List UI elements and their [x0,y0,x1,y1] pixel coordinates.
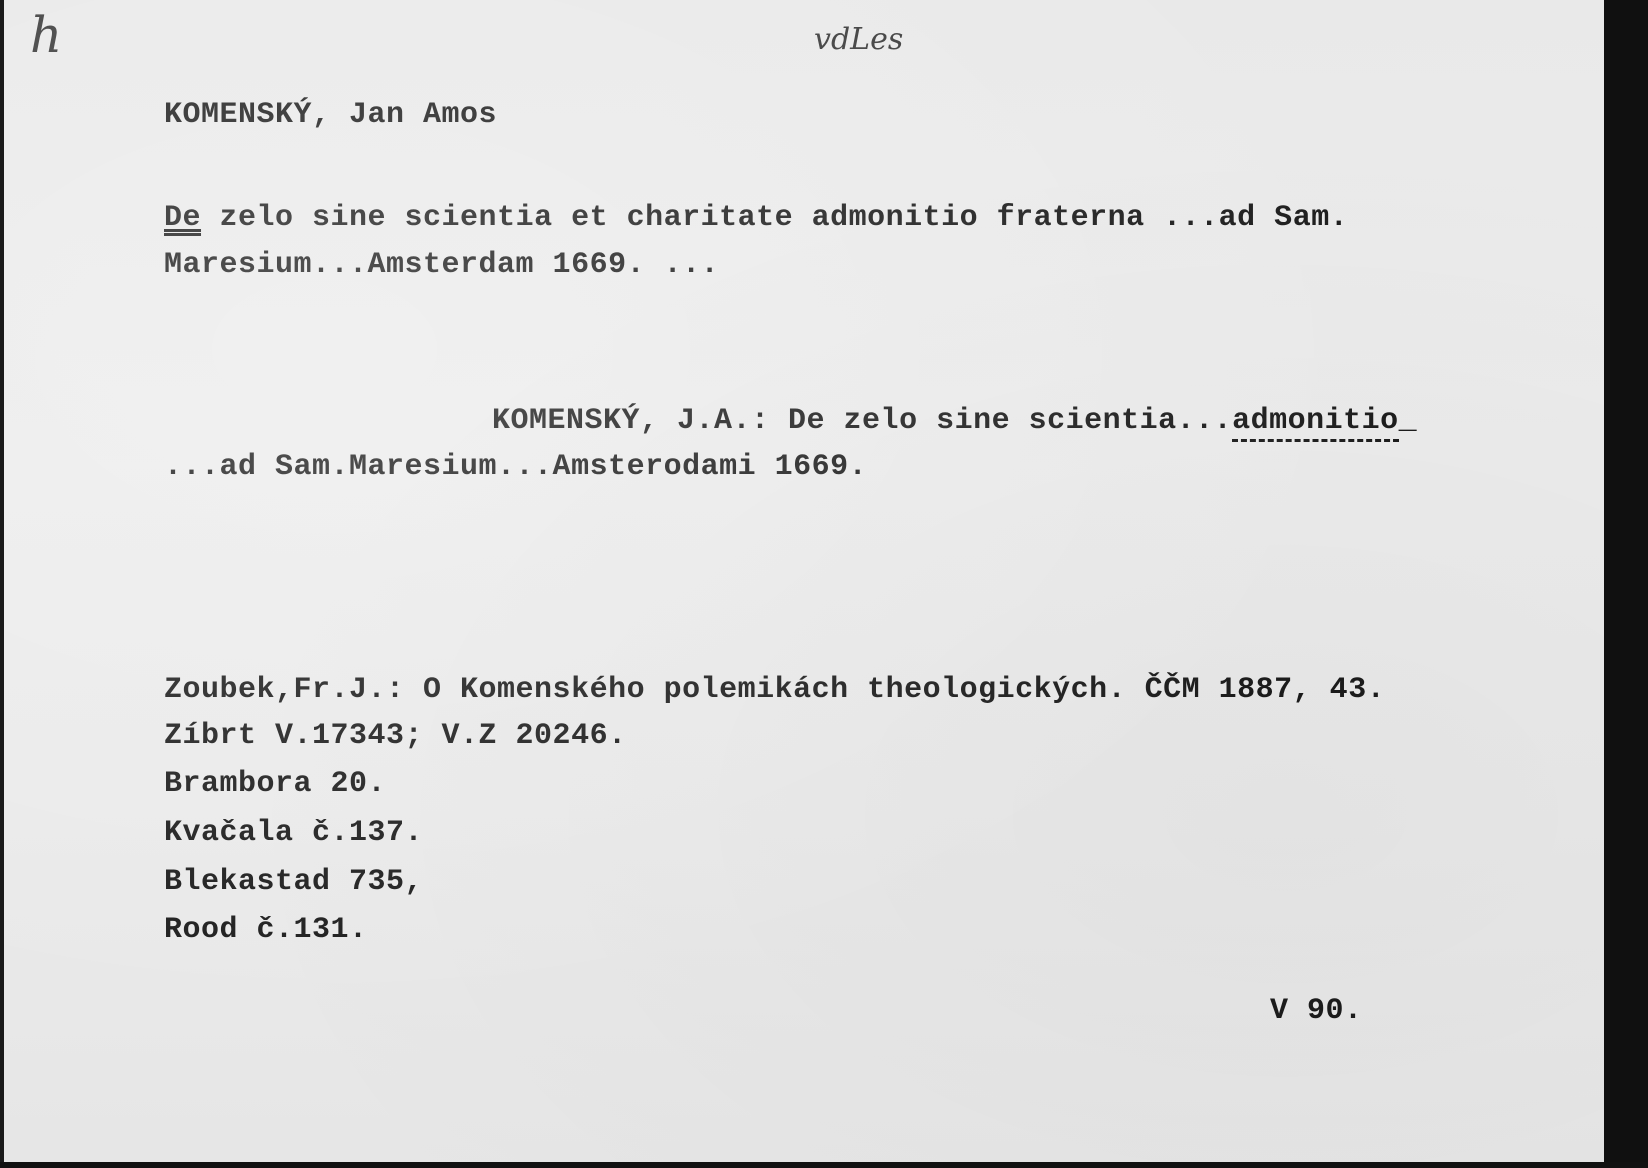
reference-line: Rood č.131. [164,915,368,945]
handwritten-corner-mark: h [30,6,62,64]
source-line-1-suffix: _ [1399,404,1418,438]
scan-border-bottom [0,1162,1648,1168]
reference-line: Brambora 20. [164,769,386,799]
source-line-1-underlined: admonitio [1232,404,1399,442]
source-line-1-prefix: KOMENSKÝ, J.A.: De zelo sine scientia... [492,404,1232,438]
catalog-card: h vdLes KOMENSKÝ, Jan Amos De zelo sine … [0,0,1606,1164]
title-line-1-rest: zelo sine scientia et charitate admoniti… [201,201,1348,235]
source-entry-line-1: KOMENSKÝ, J.A.: De zelo sine scientia...… [492,406,1417,436]
reference-line: Blekastad 735, [164,867,423,897]
shelf-mark: V 90. [1270,996,1363,1026]
reference-line: Zoubek,Fr.J.: O Komenského polemikách th… [164,675,1385,705]
scan-border-right [1604,0,1648,1168]
reference-line: Zíbrt V.17343; V.Z 20246. [164,721,627,751]
author-heading: KOMENSKÝ, Jan Amos [164,100,497,130]
handwritten-top-note: vdLes [814,22,903,57]
source-entry-line-2: ...ad Sam.Maresium...Amsterodami 1669. [164,452,867,482]
title-prefix: De [164,201,201,235]
title-entry-line-1: De zelo sine scientia et charitate admon… [164,203,1348,233]
reference-line: Kvačala č.137. [164,818,423,848]
title-entry-line-2: Maresium...Amsterdam 1669. ... [164,250,719,280]
